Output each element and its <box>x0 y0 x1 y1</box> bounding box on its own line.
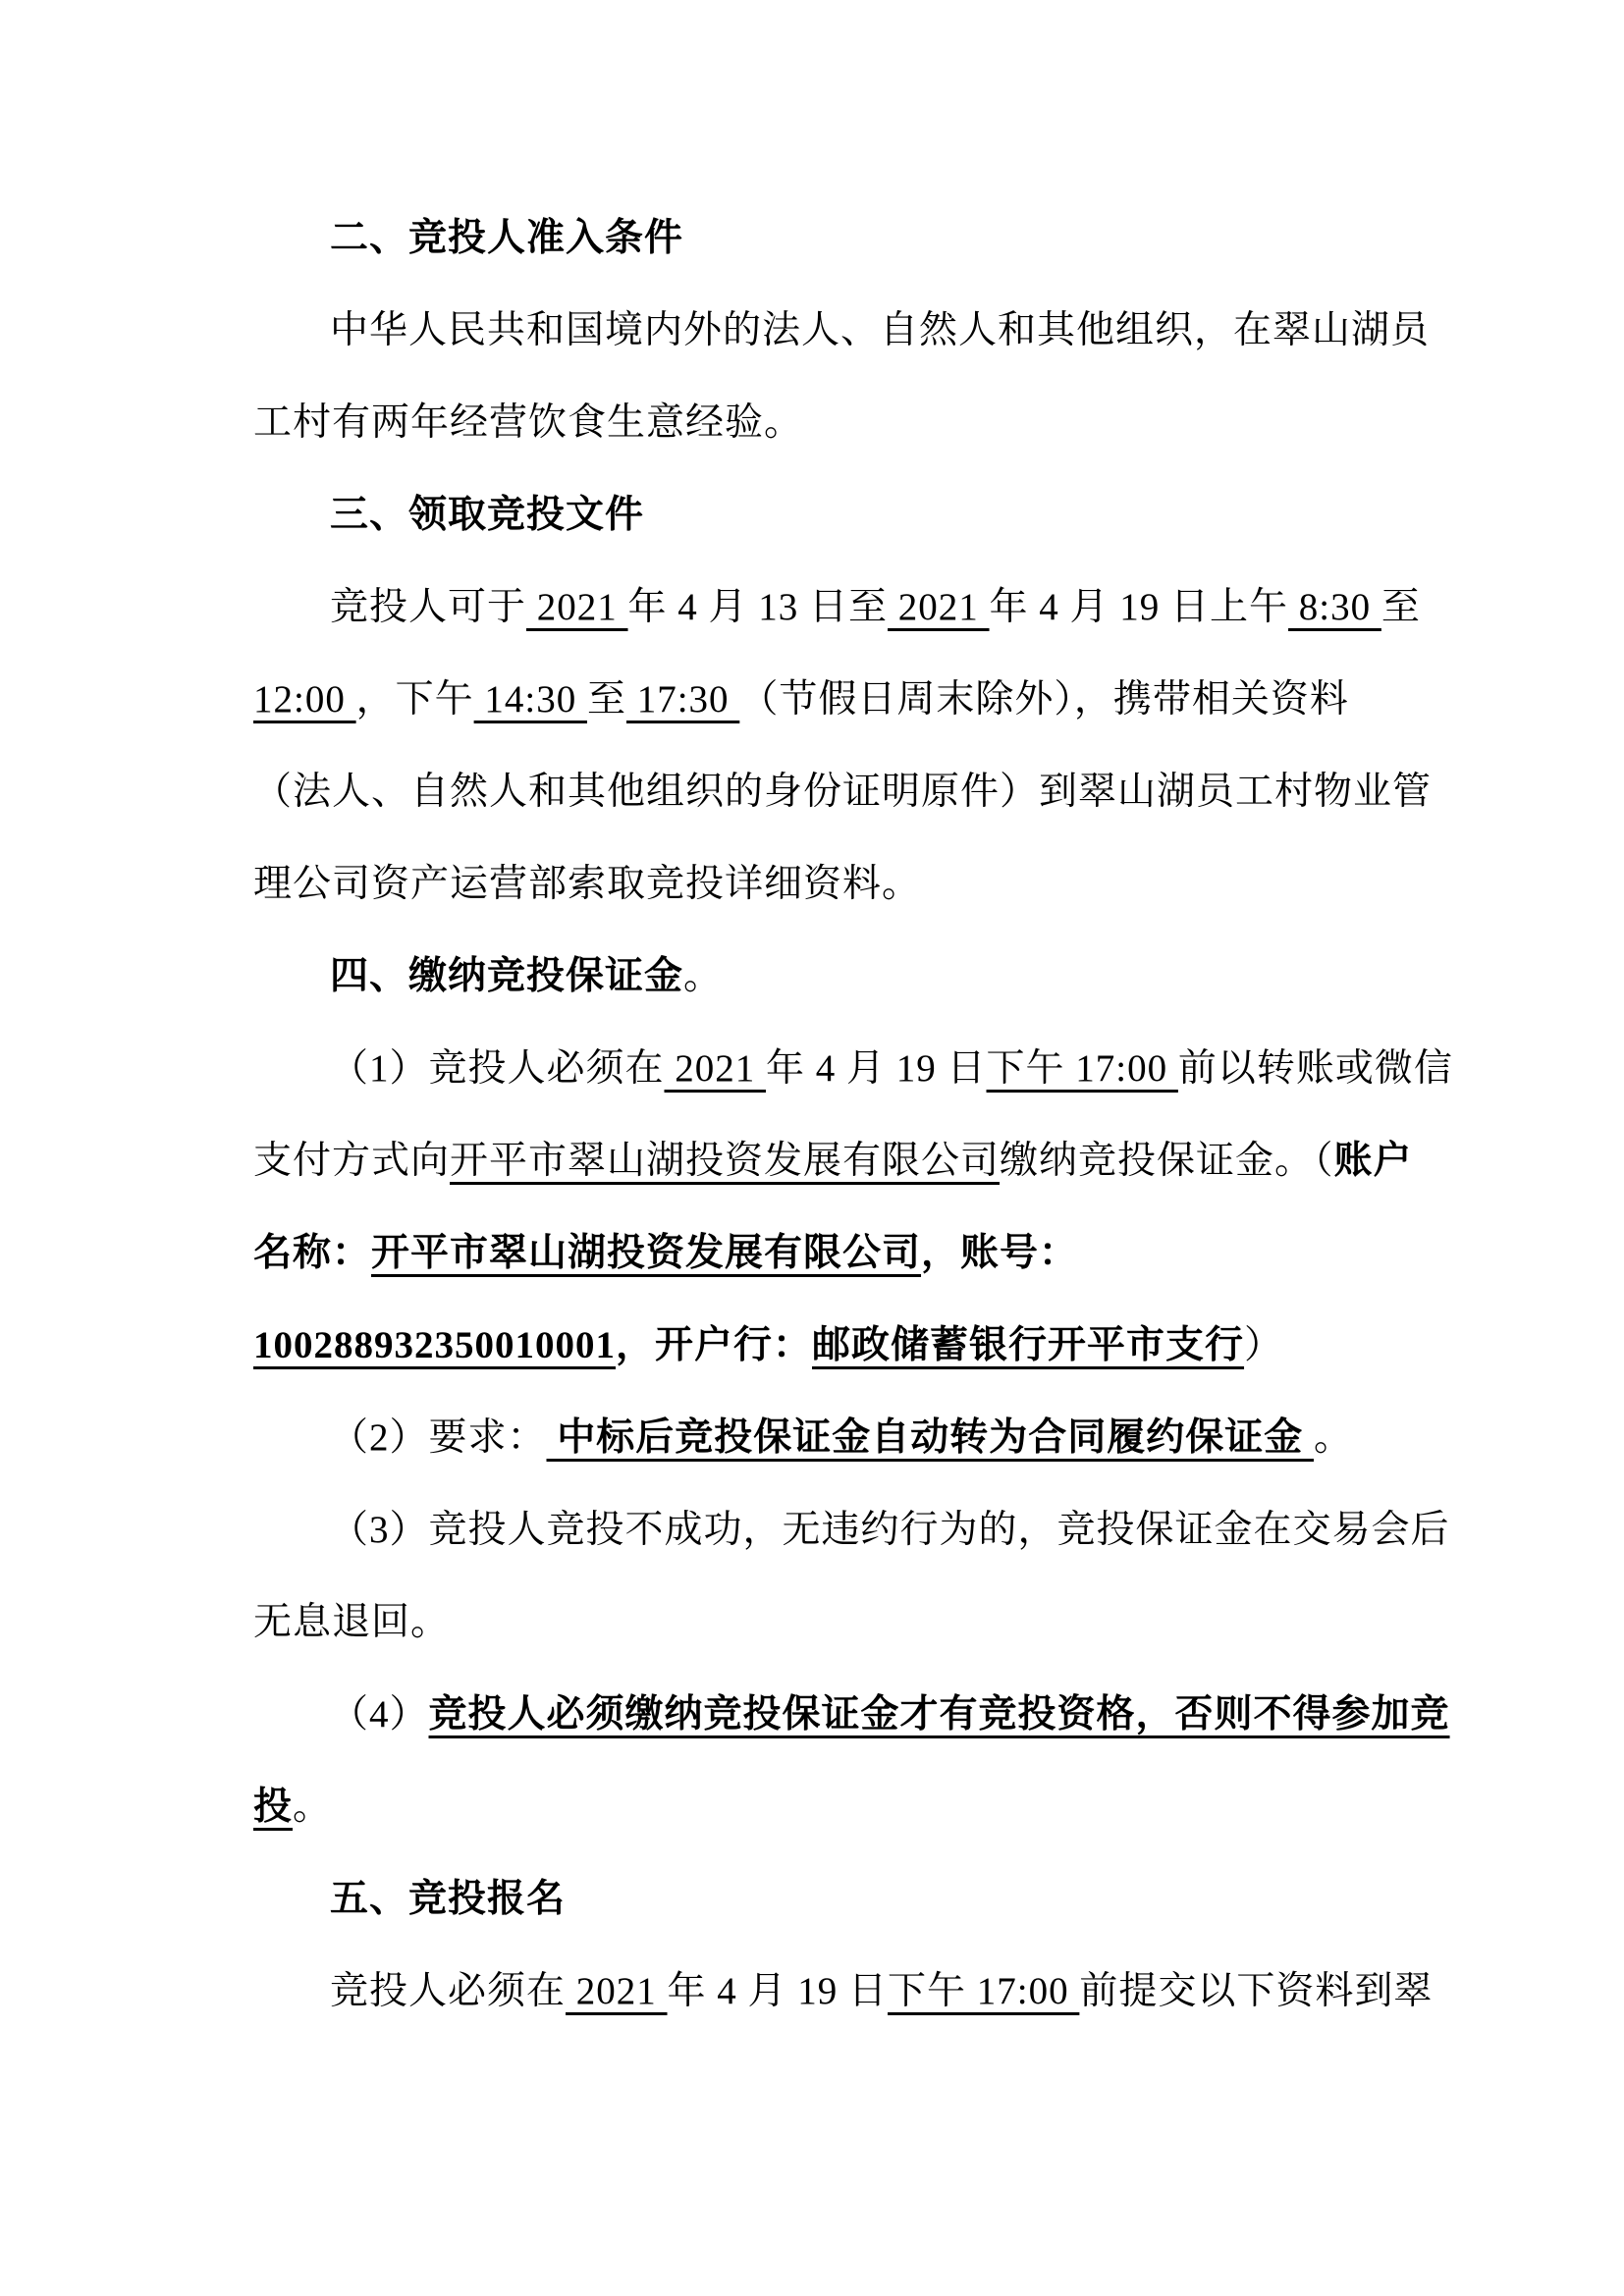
text-segment: 年 4 月 19 日上午 <box>990 586 1289 628</box>
text-segment: 年 4 月 13 日至 <box>628 586 889 628</box>
text-segment: 8:30 <box>1288 586 1381 628</box>
text-segment: 年 4 月 19 日 <box>766 1047 987 1090</box>
text-segment: （1）竞投人必须在 <box>330 1047 665 1090</box>
text-line: （2）要求： 中标后竞投保证金自动转为合同履约保证金 。 <box>253 1392 1392 1484</box>
text-line: 竞投人可于 2021 年 4 月 13 日至 2021 年 4 月 19 日上午… <box>253 561 1392 654</box>
text-segment: 工村有两年经营饮食生意经验。 <box>253 401 803 444</box>
document-body: 二、竞投人准入条件中华人民共和国境内外的法人、自然人和其他组织，在翠山湖员工村有… <box>253 192 1392 2038</box>
text-segment: 开平市翠山湖投资发展有限公司 <box>371 1232 921 1274</box>
text-segment: 投 <box>253 1786 293 1828</box>
text-line: 投。 <box>253 1761 1392 1853</box>
text-line: 100288932350010001，开户行：邮政储蓄银行开平市支行） <box>253 1300 1392 1392</box>
text-segment: 中标后竞投保证金自动转为合同履约保证金 <box>547 1416 1315 1459</box>
text-line: 无息退回。 <box>253 1576 1392 1669</box>
text-segment: 竞投人必须在 <box>330 1970 566 2012</box>
text-segment: ，开户行： <box>616 1324 812 1366</box>
text-line: 12:00 ，下午 14:30 至 17:30 （节假日周末除外），携带相关资料 <box>253 654 1392 746</box>
text-segment: 前提交以下资料到翠 <box>1079 1970 1433 2012</box>
text-line: 理公司资产运营部索取竞投详细资料。 <box>253 838 1392 931</box>
text-segment: 竞投人可于 <box>330 586 526 628</box>
text-segment: （法人、自然人和其他组织的身份证明原件）到翠山湖员工村物业管 <box>253 771 1432 813</box>
text-segment: 年 4 月 19 日 <box>668 1970 889 2012</box>
text-line: 竞投人必须在 2021 年 4 月 19 日下午 17:00 前提交以下资料到翠 <box>253 1946 1392 2038</box>
text-line: （3）竞投人竞投不成功，无违约行为的，竞投保证金在交易会后 <box>253 1484 1392 1576</box>
text-segment: 2021 <box>566 1970 668 2012</box>
text-segment: 缴纳竞投保证金。（ <box>1000 1140 1334 1182</box>
text-line: 名称：开平市翠山湖投资发展有限公司，账号： <box>253 1207 1392 1300</box>
text-line: （法人、自然人和其他组织的身份证明原件）到翠山湖员工村物业管 <box>253 746 1392 838</box>
text-line: 工村有两年经营饮食生意经验。 <box>253 377 1392 469</box>
text-segment: 。 <box>1314 1416 1353 1459</box>
heading-line: 五、竞投报名 <box>253 1853 1392 1946</box>
text-segment: 2021 <box>526 586 628 628</box>
text-segment: 14:30 <box>474 678 587 721</box>
text-segment: 前以转账或微信 <box>1178 1047 1453 1090</box>
text-segment: 。 <box>293 1786 332 1828</box>
text-segment: ） <box>1244 1324 1283 1366</box>
text-line: （1）竞投人必须在 2021 年 4 月 19 日下午 17:00 前以转账或微… <box>253 1023 1392 1115</box>
text-line: （4）竞投人必须缴纳竞投保证金才有竞投资格，否则不得参加竞 <box>253 1669 1392 1761</box>
heading-line: 二、竞投人准入条件 <box>253 192 1392 285</box>
text-segment: 理公司资产运营部索取竞投详细资料。 <box>253 863 921 905</box>
text-segment: 12:00 <box>253 678 356 721</box>
text-line: 支付方式向开平市翠山湖投资发展有限公司缴纳竞投保证金。（账户 <box>253 1115 1392 1207</box>
text-segment: 邮政储蓄银行开平市支行 <box>812 1324 1244 1366</box>
text-segment: ，账号： <box>921 1232 1078 1274</box>
text-segment: 竞投人必须缴纳竞投保证金才有竞投资格，否则不得参加竞 <box>429 1693 1450 1735</box>
text-segment: 开平市翠山湖投资发展有限公司 <box>450 1140 1000 1182</box>
text-segment: 账户 <box>1334 1140 1413 1182</box>
text-segment: 。 <box>683 955 723 997</box>
text-segment: （4） <box>330 1693 429 1735</box>
text-segment: 100288932350010001 <box>253 1324 616 1366</box>
document-page: { "page": { "background": "#ffffff", "te… <box>0 0 1624 2296</box>
text-segment: 2021 <box>888 586 990 628</box>
text-segment: 三、领取竞投文件 <box>330 494 644 536</box>
text-segment: 至 <box>1381 586 1421 628</box>
text-segment: 名称： <box>253 1232 371 1274</box>
text-line: 中华人民共和国境内外的法人、自然人和其他组织，在翠山湖员 <box>253 285 1392 377</box>
text-segment: 五、竞投报名 <box>330 1878 566 1920</box>
text-segment: 四、缴纳竞投保证金 <box>330 955 683 997</box>
text-segment: 17:30 <box>626 678 739 721</box>
text-segment: 2021 <box>665 1047 767 1090</box>
text-segment: （节假日周末除外），携带相关资料 <box>739 678 1349 721</box>
text-segment: 下午 17:00 <box>987 1047 1178 1090</box>
heading-line: 四、缴纳竞投保证金。 <box>253 931 1392 1023</box>
text-segment: 下午 17:00 <box>888 1970 1079 2012</box>
heading-line: 三、领取竞投文件 <box>253 469 1392 561</box>
text-segment: 无息退回。 <box>253 1601 450 1643</box>
text-segment: 至 <box>587 678 626 721</box>
text-segment: ，下午 <box>356 678 474 721</box>
text-segment: （3）竞投人竞投不成功，无违约行为的，竞投保证金在交易会后 <box>330 1509 1450 1551</box>
text-segment: 支付方式向 <box>253 1140 450 1182</box>
text-segment: （2）要求： <box>330 1416 547 1459</box>
text-segment: 二、竞投人准入条件 <box>330 217 683 259</box>
text-segment: 中华人民共和国境内外的法人、自然人和其他组织，在翠山湖员 <box>330 309 1430 351</box>
